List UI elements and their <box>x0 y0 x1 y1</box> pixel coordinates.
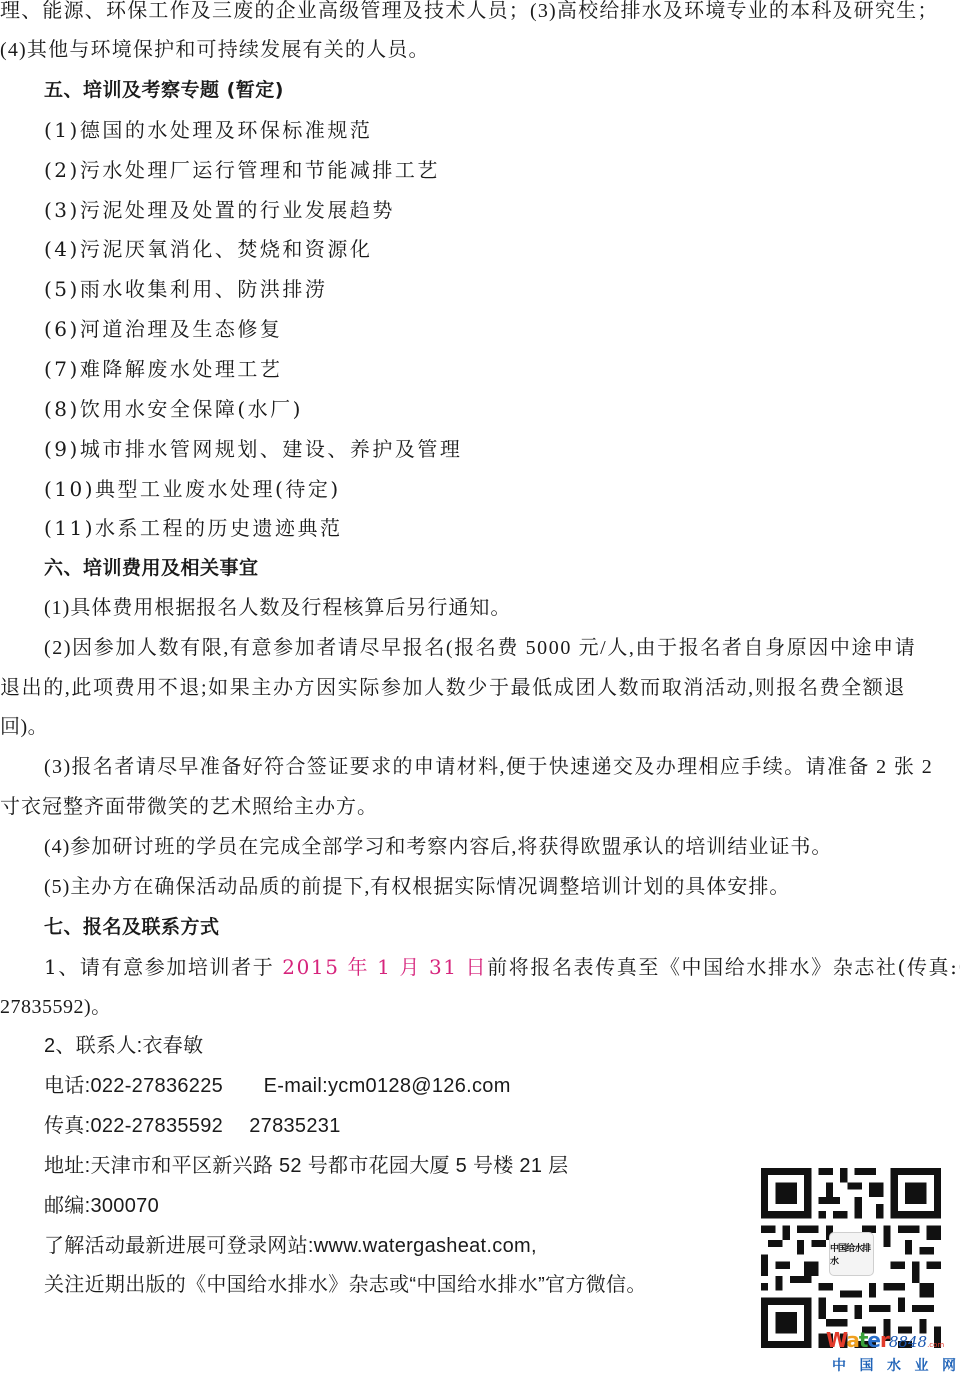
watermark-brand: Water8848.com <box>826 1328 944 1352</box>
site-name-char: 业 <box>915 1355 929 1375</box>
fee-item-2-line-1: (2)因参加人数有限,有意参加者请尽早报名(报名费 5000 元/人,由于报名者… <box>0 634 960 662</box>
intro-line-1: 理、能源、环保工作及三废的企业高级管理及技术人员；(3)高校给排水及环境专业的本… <box>0 0 960 25</box>
brand-letter: r <box>880 1328 889 1352</box>
fee-item-3-line-2: 寸衣冠整齐面带微笑的艺术照给主办方。 <box>0 793 960 821</box>
topic-item: (11)水系工程的历史遗迹典范 <box>0 514 960 542</box>
brand-number: 8848 <box>889 1333 927 1351</box>
registration-prefix: 1、请有意参加培训者于 <box>44 955 274 979</box>
document-page: 理、能源、环保工作及三废的企业高级管理及技术人员；(3)高校给排水及环境专业的本… <box>0 0 960 1381</box>
fee-item-4: (4)参加研讨班的学员在完成全部学习和考察内容后,将获得欧盟承认的培训结业证书。 <box>0 833 960 861</box>
fee-item-2-line-3: 回)。 <box>0 713 960 741</box>
site-name-char: 网 <box>942 1355 956 1375</box>
fee-item-2-line-2: 退出的,此项费用不退;如果主办方因实际参加人数少于最低成团人数而取消活动,则报名… <box>0 674 960 702</box>
site-watermark: Water8848.com 中 国 水 业 网 <box>826 1328 960 1381</box>
qr-center-logo: 中国给水排水 <box>829 1232 874 1276</box>
topic-item: (9)城市排水管网规划、建设、养护及管理 <box>0 435 960 463</box>
fee-item-3-line-1: (3)报名者请尽早准备好符合签证要求的申请材料,便于快速递交及办理相应手续。请准… <box>0 753 960 781</box>
registration-item-1: 1、请有意参加培训者于 2015 年 1 月 31 日前将报名表传真至《中国给水… <box>0 953 960 981</box>
brand-letter: e <box>867 1328 880 1352</box>
topic-item: (3)污泥处理及处置的行业发展趋势 <box>0 196 960 224</box>
topic-item: (7)难降解废水处理工艺 <box>0 355 960 383</box>
brand-letter: a <box>846 1328 859 1352</box>
contact-person: 2、联系人:衣春敏 <box>0 1032 960 1060</box>
topic-item: (1)德国的水处理及环保标准规范 <box>0 116 960 144</box>
registration-suffix: 前将报名表传真至《中国给水排水》杂志社(传真:022- <box>487 955 960 979</box>
watermark-site-name: 中 国 水 业 网 <box>832 1355 956 1375</box>
registration-deadline: 2015 年 1 月 31 日 <box>274 955 487 979</box>
intro-line-2: (4)其他与环境保护和可持续发展有关的人员。 <box>0 36 960 64</box>
contact-phone-email: 电话:022-27836225 E-mail:ycm0128@126.com <box>0 1072 960 1100</box>
fee-item-5: (5)主办方在确保活动品质的前提下,有权根据实际情况调整培训计划的具体安排。 <box>0 873 960 901</box>
brand-letter: W <box>826 1328 846 1352</box>
topic-item: (10)典型工业废水处理(待定) <box>0 475 960 503</box>
topic-item: (8)饮用水安全保障(水厂) <box>0 395 960 423</box>
site-name-char: 中 <box>832 1355 846 1375</box>
topic-item: (5)雨水收集利用、防洪排涝 <box>0 275 960 303</box>
topic-item: (2)污水处理厂运行管理和节能减排工艺 <box>0 156 960 184</box>
brand-suffix: .com <box>927 1341 944 1349</box>
topic-item: (6)河道治理及生态修复 <box>0 315 960 343</box>
site-name-char: 水 <box>887 1355 901 1375</box>
qr-code: 中国给水排水 <box>760 1168 942 1348</box>
topic-item: (4)污泥厌氧消化、焚烧和资源化 <box>0 235 960 263</box>
site-name-char: 国 <box>860 1355 874 1375</box>
section-5-heading: 五、培训及考察专题 (暂定) <box>0 76 960 104</box>
section-6-heading: 六、培训费用及相关事宜 <box>0 554 960 582</box>
section-7-heading: 七、报名及联系方式 <box>0 913 960 941</box>
fee-item-1: (1)具体费用根据报名人数及行程核算后另行通知。 <box>0 594 960 622</box>
registration-item-1-line-2: 27835592)。 <box>0 993 960 1021</box>
contact-fax: 传真:022-27835592 27835231 <box>0 1112 960 1140</box>
